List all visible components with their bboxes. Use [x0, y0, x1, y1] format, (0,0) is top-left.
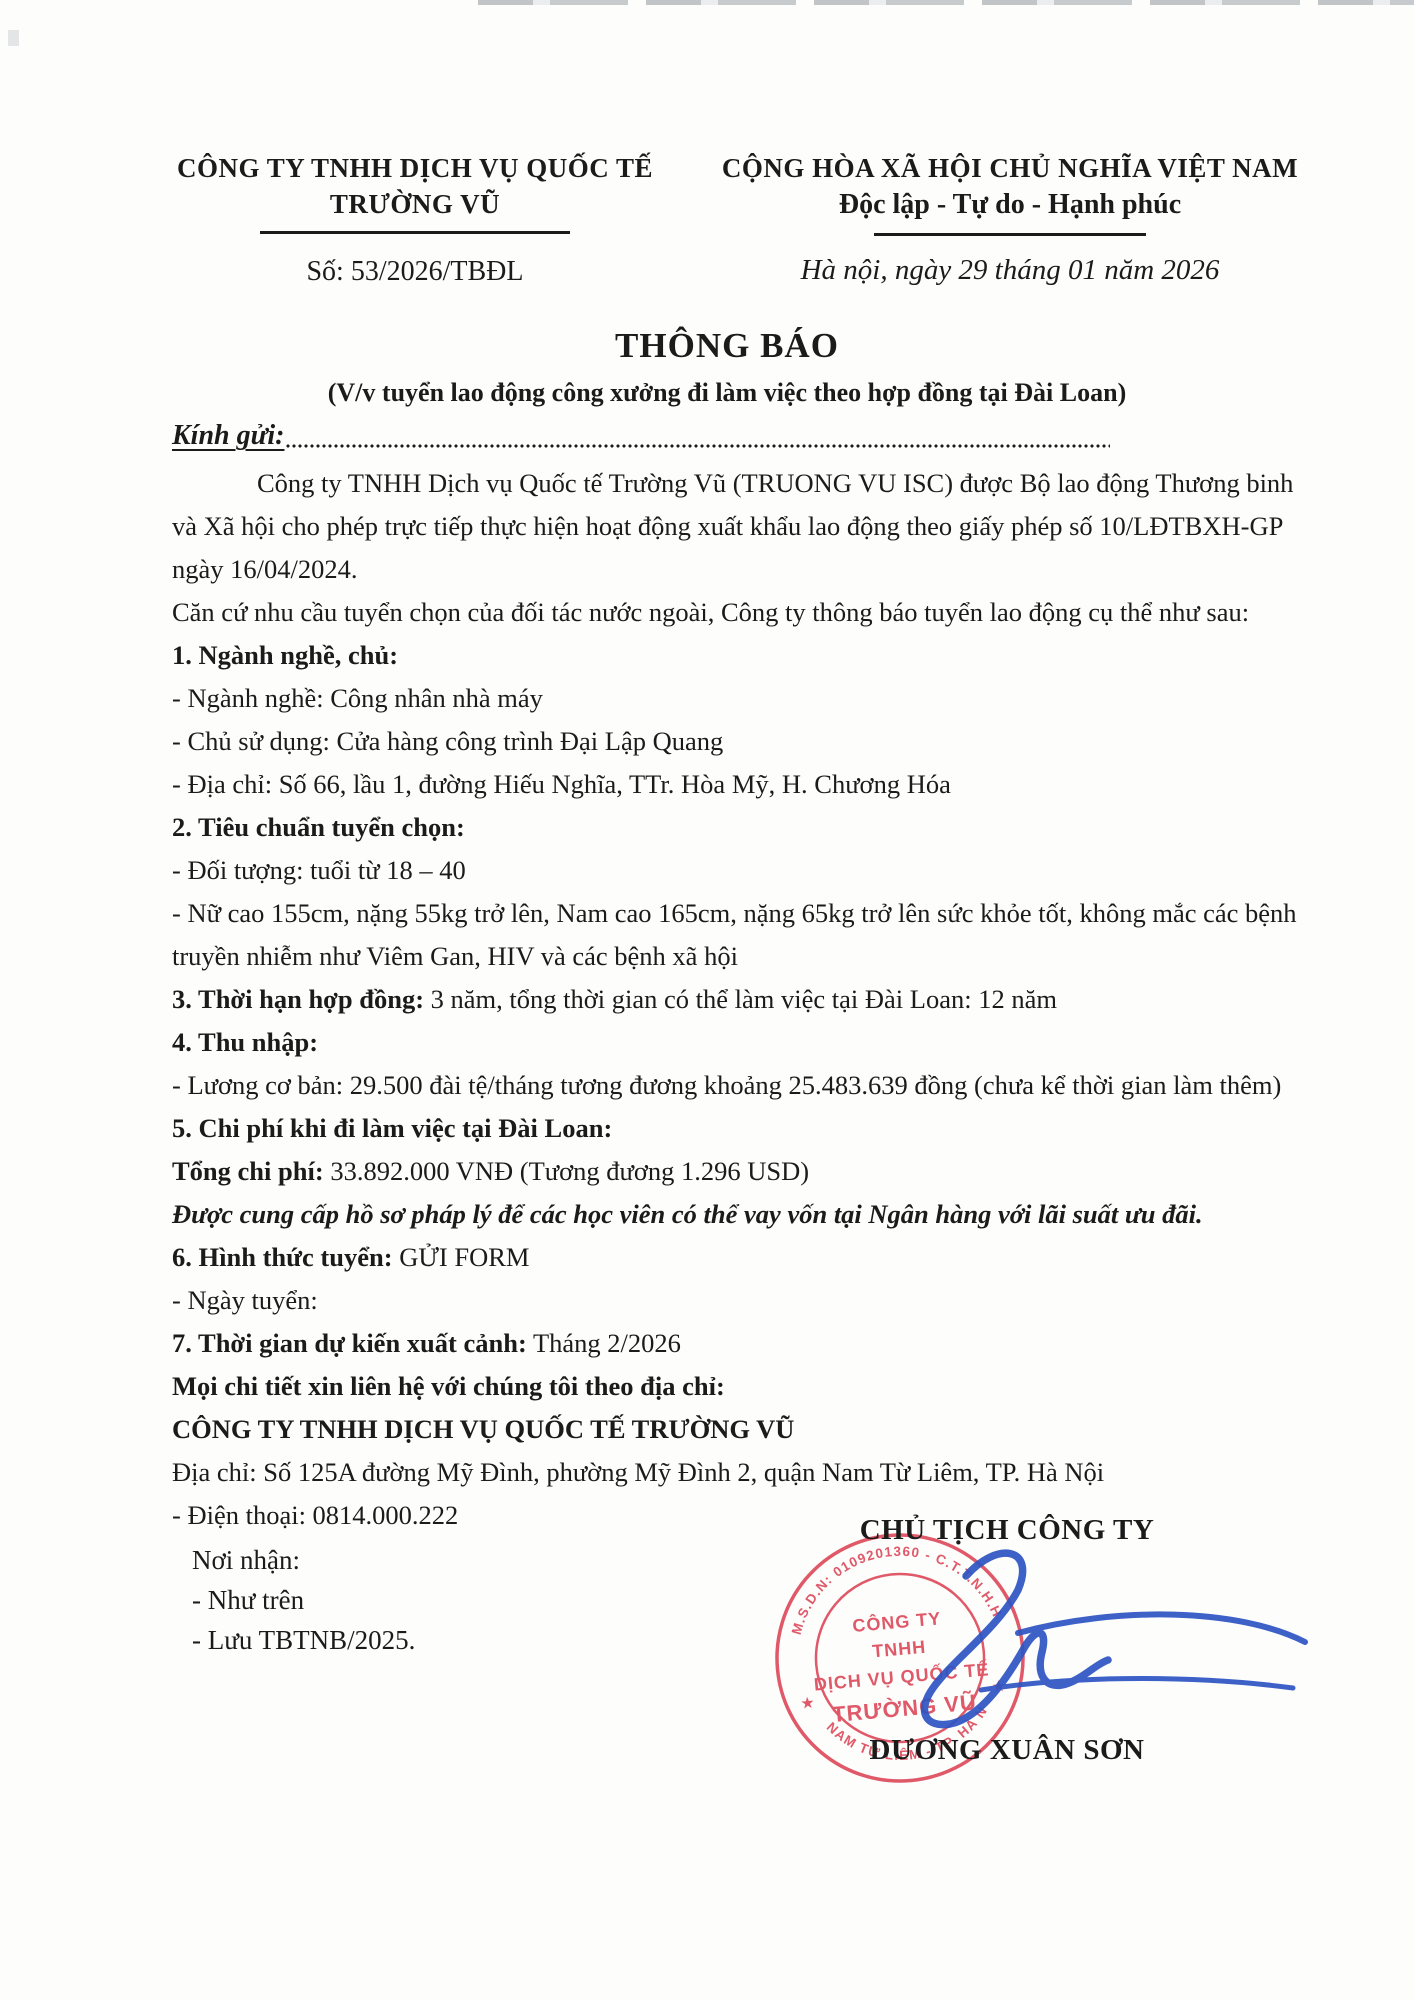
scan-artifact-left: [8, 30, 19, 46]
document-body: Công ty TNHH Dịch vụ Quốc tế Trường Vũ (…: [172, 462, 1352, 1537]
signer-title: CHỦ TỊCH CÔNG TY: [832, 1514, 1182, 1547]
recipient-item: - Lưu TBTNB/2025.: [192, 1620, 415, 1660]
body-line: - Địa chỉ: Số 66, lầu 1, đường Hiếu Nghĩ…: [172, 763, 1352, 806]
stamp-star-left-icon: ★: [800, 1695, 816, 1713]
body-line: Được cung cấp hồ sơ pháp lý để các học v…: [172, 1193, 1352, 1236]
signature-ink: [868, 1538, 1328, 1738]
national-header-block: CỘNG HÒA XÃ HỘI CHỦ NGHĨA VIỆT NAM Độc l…: [710, 150, 1310, 287]
signer-name: DƯƠNG XUÂN SƠN: [822, 1734, 1192, 1767]
body-line: Tổng chi phí: 33.892.000 VNĐ (Tương đươn…: [172, 1150, 1352, 1193]
body-line: và Xã hội cho phép trực tiếp thực hiện h…: [172, 505, 1352, 548]
salutation-row: Kính gửi:: [172, 420, 1110, 452]
company-header-block: CÔNG TY TNHH DỊCH VỤ QUỐC TẾ TRƯỜNG VŨ S…: [115, 150, 715, 288]
header-left-rule: [260, 231, 570, 234]
body-line: ngày 16/04/2024.: [172, 548, 1352, 591]
body-line: truyền nhiễm như Viêm Gan, HIV và các bệ…: [172, 935, 1352, 978]
body-line: - Ngành nghề: Công nhân nhà máy: [172, 677, 1352, 720]
body-line: 5. Chi phí khi đi làm việc tại Đài Loan:: [172, 1107, 1352, 1150]
recipients-items: - Như trên- Lưu TBTNB/2025.: [192, 1580, 415, 1660]
dotted-fill-line: [286, 444, 1110, 448]
national-motto-line1: CỘNG HÒA XÃ HỘI CHỦ NGHĨA VIỆT NAM: [710, 150, 1310, 186]
body-line: 3. Thời hạn hợp đồng: 3 năm, tổng thời g…: [172, 978, 1352, 1021]
document-title: THÔNG BÁO: [172, 326, 1282, 366]
scan-artifact-top: [478, 0, 1414, 5]
body-line: Mọi chi tiết xin liên hệ với chúng tôi t…: [172, 1365, 1352, 1408]
salutation-label: Kính gửi:: [172, 420, 284, 452]
body-line: Căn cứ nhu cầu tuyển chọn của đối tác nư…: [172, 591, 1352, 634]
body-line: - Ngày tuyển:: [172, 1279, 1352, 1322]
body-line: 2. Tiêu chuẩn tuyển chọn:: [172, 806, 1352, 849]
recipients-block: Nơi nhận: - Như trên- Lưu TBTNB/2025.: [192, 1540, 415, 1660]
document-number: Số: 53/2026/TBĐL: [115, 256, 715, 288]
body-line: 4. Thu nhập:: [172, 1021, 1352, 1064]
body-line: 1. Ngành nghề, chủ:: [172, 634, 1352, 677]
recipients-title: Nơi nhận:: [192, 1540, 415, 1580]
body-line: - Lương cơ bản: 29.500 đài tệ/tháng tươn…: [172, 1064, 1352, 1107]
national-motto-line2: Độc lập - Tự do - Hạnh phúc: [710, 186, 1310, 224]
body-line: 7. Thời gian dự kiến xuất cảnh: Tháng 2/…: [172, 1322, 1352, 1365]
date-line: Hà nội, ngày 29 tháng 01 năm 2026: [710, 254, 1310, 287]
document-subtitle: (V/v tuyển lao động công xưởng đi làm vi…: [172, 378, 1282, 408]
body-line: CÔNG TY TNHH DỊCH VỤ QUỐC TẾ TRƯỜNG VŨ: [172, 1408, 1352, 1451]
header-right-rule: [874, 233, 1146, 236]
recipient-item: - Như trên: [192, 1580, 415, 1620]
body-line: - Chủ sử dụng: Cửa hàng công trình Đại L…: [172, 720, 1352, 763]
body-line: - Đối tượng: tuổi từ 18 – 40: [172, 849, 1352, 892]
body-line: Công ty TNHH Dịch vụ Quốc tế Trường Vũ (…: [172, 462, 1352, 505]
company-name-line2: TRƯỜNG VŨ: [115, 186, 715, 222]
company-name-line1: CÔNG TY TNHH DỊCH VỤ QUỐC TẾ: [115, 150, 715, 186]
body-line: 6. Hình thức tuyển: GỬI FORM: [172, 1236, 1352, 1279]
body-line: - Nữ cao 155cm, nặng 55kg trở lên, Nam c…: [172, 892, 1352, 935]
document-page: CÔNG TY TNHH DỊCH VỤ QUỐC TẾ TRƯỜNG VŨ S…: [0, 0, 1414, 2000]
body-line: Địa chỉ: Số 125A đường Mỹ Đình, phường M…: [172, 1451, 1352, 1494]
